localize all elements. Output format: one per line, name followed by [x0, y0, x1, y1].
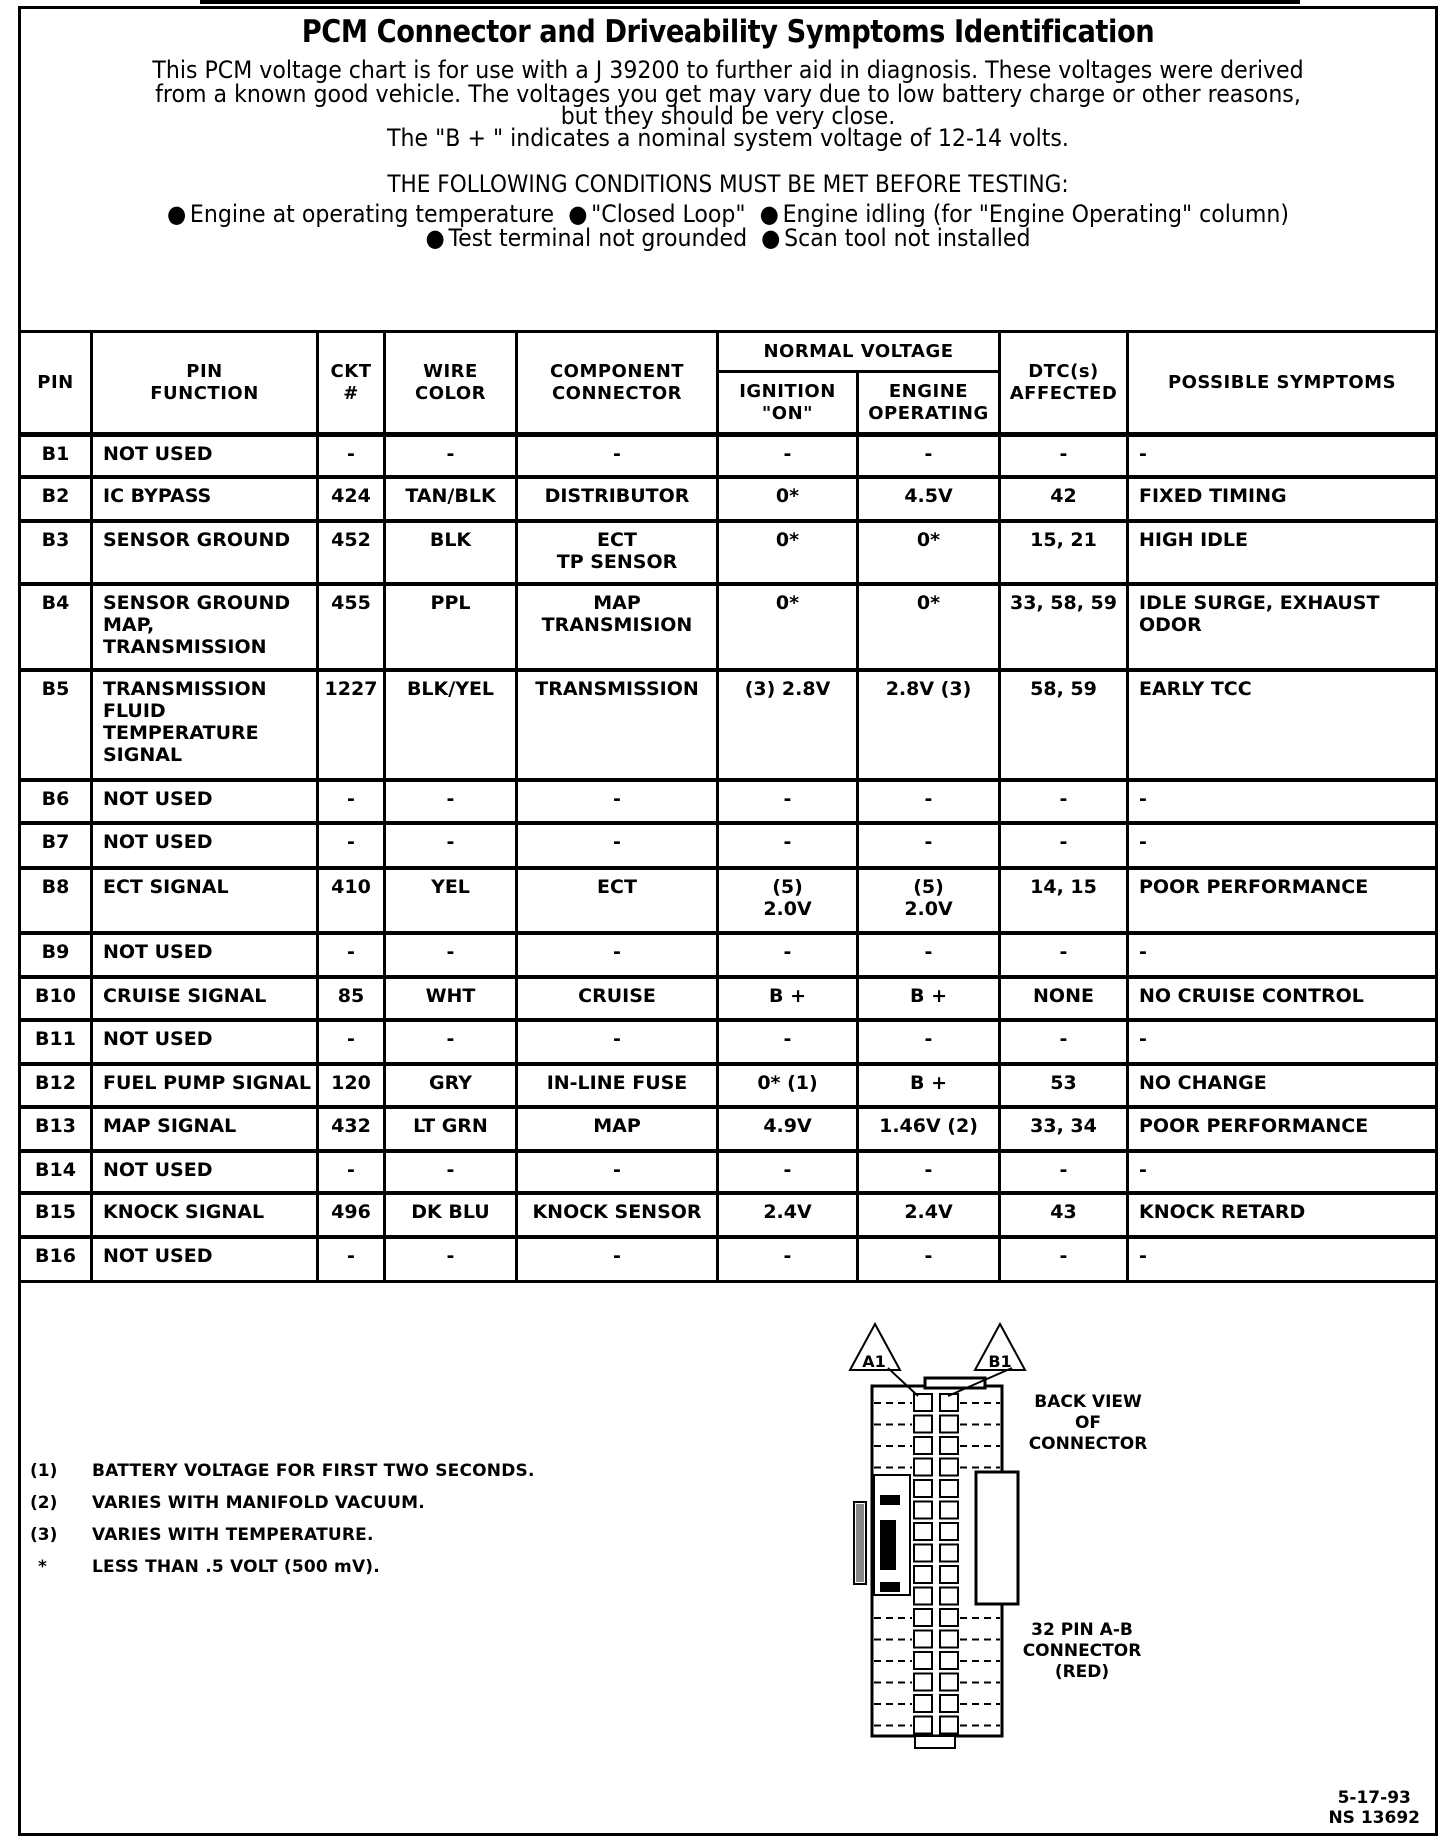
bullet-icon: ●: [760, 202, 779, 226]
cell-pin: B16: [21, 1245, 90, 1280]
cell-wire: YEL: [386, 876, 515, 931]
cell-dtc: -: [1001, 941, 1126, 975]
cell-function: IC BYPASS: [93, 485, 316, 519]
row-divider: [18, 582, 1438, 586]
connector-diagram: A1 B1 BACK VIEW OF CONNECTOR 32 PIN A-B …: [840, 1320, 1180, 1760]
row-divider: [18, 475, 1438, 479]
svg-text:B1: B1: [988, 1352, 1011, 1371]
condition-item: Scan tool not installed: [784, 224, 1030, 252]
cell-eng: -: [859, 1028, 998, 1062]
cell-wire: BLK: [386, 529, 515, 582]
footnote-text: VARIES WITH TEMPERATURE.: [92, 1525, 374, 1545]
cell-component: -: [518, 788, 716, 821]
cell-eng: -: [859, 788, 998, 821]
cell-wire: BLK/YEL: [386, 678, 515, 778]
cell-component: TRANSMISSION: [518, 678, 716, 778]
column-divider: [1435, 330, 1438, 1282]
row-divider: [18, 778, 1438, 782]
conditions-heading: THE FOLLOWING CONDITIONS MUST BE MET BEF…: [73, 170, 1383, 198]
cell-dtc: -: [1001, 1028, 1126, 1062]
cell-symptoms: IDLE SURGE, EXHAUST ODOR: [1129, 592, 1435, 668]
page-title: PCM Connector and Driveability Symptoms …: [87, 14, 1368, 50]
cell-ckt: -: [319, 1245, 383, 1280]
cell-pin: B8: [21, 876, 90, 931]
header-normal-voltage: NORMAL VOLTAGE: [719, 333, 998, 370]
cell-pin: B15: [21, 1201, 90, 1235]
cell-dtc: -: [1001, 831, 1126, 866]
cell-ign: -: [719, 1159, 856, 1191]
cell-dtc: -: [1001, 443, 1126, 475]
svg-text:A1: A1: [862, 1352, 886, 1371]
cell-symptoms: -: [1129, 788, 1435, 821]
cell-function: NOT USED: [93, 831, 316, 866]
cell-component: IN-LINE FUSE: [518, 1072, 716, 1105]
cell-symptoms: -: [1129, 443, 1435, 475]
footnotes: (1) BATTERY VOLTAGE FOR FIRST TWO SECOND…: [28, 1455, 535, 1583]
conditions-list: ●Engine at operating temperature ●"Close…: [86, 202, 1370, 250]
cell-ckt: 120: [319, 1072, 383, 1105]
document-id: 5-17-93 NS 13692: [1328, 1788, 1420, 1828]
cell-component: -: [518, 831, 716, 866]
cell-symptoms: NO CHANGE: [1129, 1072, 1435, 1105]
cell-function: TRANSMISSION FLUID TEMPERATURE SIGNAL: [93, 678, 316, 778]
cell-pin: B14: [21, 1159, 90, 1191]
cell-pin: B3: [21, 529, 90, 582]
condition-item: Test terminal not grounded: [448, 224, 747, 252]
cell-component: -: [518, 941, 716, 975]
cell-symptoms: POOR PERFORMANCE: [1129, 1115, 1435, 1149]
cell-wire: -: [386, 941, 515, 975]
intro-text: This PCM voltage chart is for use with a…: [95, 58, 1361, 150]
cell-wire: -: [386, 1159, 515, 1191]
pin-voltage-table: PINPIN FUNCTIONCKT #WIRE COLORCOMPONENT …: [18, 330, 1438, 1282]
row-divider: [18, 1149, 1438, 1153]
footnote-text: VARIES WITH MANIFOLD VACUUM.: [92, 1493, 425, 1513]
cell-pin: B6: [21, 788, 90, 821]
cell-dtc: 53: [1001, 1072, 1126, 1105]
cell-eng: 0*: [859, 592, 998, 668]
cell-wire: -: [386, 1245, 515, 1280]
cell-function: NOT USED: [93, 941, 316, 975]
intro-line: The "B + " indicates a nominal system vo…: [95, 126, 1361, 150]
cell-eng: 0*: [859, 529, 998, 582]
footnote-mark: (1): [28, 1461, 92, 1481]
cell-symptoms: -: [1129, 831, 1435, 866]
cell-dtc: 15, 21: [1001, 529, 1126, 582]
document-number: NS 13692: [1328, 1808, 1420, 1828]
header-possible-symptoms: POSSIBLE SYMPTOMS: [1129, 333, 1435, 432]
cell-dtc: 33, 34: [1001, 1115, 1126, 1149]
cell-ckt: 85: [319, 985, 383, 1018]
cell-function: CRUISE SIGNAL: [93, 985, 316, 1018]
cell-pin: B7: [21, 831, 90, 866]
cell-wire: TAN/BLK: [386, 485, 515, 519]
cell-dtc: 42: [1001, 485, 1126, 519]
cell-dtc: 14, 15: [1001, 876, 1126, 931]
cell-pin: B10: [21, 985, 90, 1018]
cell-symptoms: KNOCK RETARD: [1129, 1201, 1435, 1235]
footnote-text: BATTERY VOLTAGE FOR FIRST TWO SECONDS.: [92, 1461, 535, 1481]
cell-function: NOT USED: [93, 1028, 316, 1062]
footnote-mark: *: [28, 1557, 92, 1577]
row-divider: [18, 1105, 1438, 1109]
cell-ckt: -: [319, 788, 383, 821]
cell-function: NOT USED: [93, 1159, 316, 1191]
cell-pin: B13: [21, 1115, 90, 1149]
cell-wire: DK BLU: [386, 1201, 515, 1235]
cell-ign: -: [719, 1245, 856, 1280]
cell-wire: -: [386, 831, 515, 866]
cell-function: NOT USED: [93, 1245, 316, 1280]
row-divider: [18, 668, 1438, 672]
cell-dtc: 58, 59: [1001, 678, 1126, 778]
cell-wire: LT GRN: [386, 1115, 515, 1149]
row-divider: [18, 519, 1438, 523]
top-edge-artifact: [200, 0, 1300, 4]
cell-pin: B1: [21, 443, 90, 475]
cell-pin: B12: [21, 1072, 90, 1105]
cell-ign: (3) 2.8V: [719, 678, 856, 778]
cell-ign: (5) 2.0V: [719, 876, 856, 931]
cell-pin: B5: [21, 678, 90, 778]
bullet-icon: ●: [425, 226, 444, 250]
cell-dtc: -: [1001, 788, 1126, 821]
cell-ign: 0*: [719, 592, 856, 668]
cell-component: -: [518, 443, 716, 475]
header-dtcs-affected: DTC(s) AFFECTED: [1001, 333, 1126, 432]
cell-symptoms: HIGH IDLE: [1129, 529, 1435, 582]
footnote: (1) BATTERY VOLTAGE FOR FIRST TWO SECOND…: [28, 1455, 535, 1487]
cell-ckt: -: [319, 831, 383, 866]
cell-ckt: 410: [319, 876, 383, 931]
cell-component: ECT: [518, 876, 716, 931]
cell-dtc: 33, 58, 59: [1001, 592, 1126, 668]
row-divider: [18, 821, 1438, 825]
header-pin-function: PIN FUNCTION: [93, 333, 316, 432]
cell-eng: B +: [859, 985, 998, 1018]
cell-wire: -: [386, 1028, 515, 1062]
bullet-icon: ●: [167, 202, 186, 226]
footnote: * LESS THAN .5 VOLT (500 mV).: [28, 1551, 535, 1583]
cell-symptoms: -: [1129, 941, 1435, 975]
row-divider: [18, 1018, 1438, 1022]
header-ignition-on: IGNITION "ON": [719, 373, 856, 432]
footnote: (2) VARIES WITH MANIFOLD VACUUM.: [28, 1487, 535, 1519]
header-engine-operating: ENGINE OPERATING: [859, 373, 998, 432]
cell-pin: B11: [21, 1028, 90, 1062]
row-divider: [18, 1235, 1438, 1239]
cell-eng: 4.5V: [859, 485, 998, 519]
cell-wire: -: [386, 443, 515, 475]
cell-ign: -: [719, 831, 856, 866]
cell-symptoms: -: [1129, 1028, 1435, 1062]
cell-ign: 0*: [719, 485, 856, 519]
cell-ckt: 496: [319, 1201, 383, 1235]
cell-symptoms: NO CRUISE CONTROL: [1129, 985, 1435, 1018]
cell-component: MAP: [518, 1115, 716, 1149]
cell-ign: -: [719, 1028, 856, 1062]
cell-eng: -: [859, 941, 998, 975]
cell-component: MAP TRANSMISION: [518, 592, 716, 668]
cell-eng: B +: [859, 1072, 998, 1105]
footnote-mark: (2): [28, 1493, 92, 1513]
cell-function: MAP SIGNAL: [93, 1115, 316, 1149]
cell-component: ECT TP SENSOR: [518, 529, 716, 582]
cell-symptoms: EARLY TCC: [1129, 678, 1435, 778]
cell-pin: B2: [21, 485, 90, 519]
cell-dtc: -: [1001, 1159, 1126, 1191]
cell-function: SENSOR GROUND MAP, TRANSMISSION: [93, 592, 316, 668]
header-ckt: CKT #: [319, 333, 383, 432]
header-divider: [18, 432, 1438, 437]
cell-wire: WHT: [386, 985, 515, 1018]
cell-component: DISTRIBUTOR: [518, 485, 716, 519]
cell-ign: -: [719, 788, 856, 821]
cell-dtc: 43: [1001, 1201, 1126, 1235]
cell-component: CRUISE: [518, 985, 716, 1018]
cell-eng: (5) 2.0V: [859, 876, 998, 931]
cell-function: ECT SIGNAL: [93, 876, 316, 931]
intro-line: This PCM voltage chart is for use with a…: [95, 58, 1361, 82]
cell-function: SENSOR GROUND: [93, 529, 316, 582]
cell-symptoms: -: [1129, 1159, 1435, 1191]
cell-ckt: 455: [319, 592, 383, 668]
cell-symptoms: FIXED TIMING: [1129, 485, 1435, 519]
row-divider: [18, 1280, 1438, 1283]
cell-wire: GRY: [386, 1072, 515, 1105]
cell-function: FUEL PUMP SIGNAL: [93, 1072, 316, 1105]
cell-component: -: [518, 1159, 716, 1191]
cell-ign: 0*: [719, 529, 856, 582]
footnote-mark: (3): [28, 1525, 92, 1545]
cell-eng: 1.46V (2): [859, 1115, 998, 1149]
row-divider: [18, 1191, 1438, 1195]
row-divider: [18, 866, 1438, 870]
row-divider: [18, 1062, 1438, 1066]
cell-ign: -: [719, 443, 856, 475]
cell-component: -: [518, 1245, 716, 1280]
cell-ckt: -: [319, 941, 383, 975]
cell-ign: 4.9V: [719, 1115, 856, 1149]
cell-ign: 2.4V: [719, 1201, 856, 1235]
back-view-label: BACK VIEW OF CONNECTOR: [1018, 1392, 1158, 1455]
cell-ckt: 424: [319, 485, 383, 519]
cell-ign: -: [719, 941, 856, 975]
cell-wire: -: [386, 788, 515, 821]
header-pin: PIN: [21, 333, 90, 432]
footnote-text: LESS THAN .5 VOLT (500 mV).: [92, 1557, 380, 1577]
header-component-connector: COMPONENT CONNECTOR: [518, 333, 716, 432]
cell-wire: PPL: [386, 592, 515, 668]
cell-component: -: [518, 1028, 716, 1062]
cell-symptoms: -: [1129, 1245, 1435, 1280]
cell-eng: -: [859, 443, 998, 475]
cell-eng: -: [859, 831, 998, 866]
cell-ign: 0* (1): [719, 1072, 856, 1105]
intro-line: but they should be very close.: [95, 106, 1361, 126]
cell-eng: -: [859, 1159, 998, 1191]
cell-dtc: -: [1001, 1245, 1126, 1280]
cell-function: KNOCK SIGNAL: [93, 1201, 316, 1235]
cell-pin: B4: [21, 592, 90, 668]
cell-ckt: 432: [319, 1115, 383, 1149]
cell-symptoms: POOR PERFORMANCE: [1129, 876, 1435, 931]
cell-component: KNOCK SENSOR: [518, 1201, 716, 1235]
bullet-icon: ●: [761, 226, 780, 250]
cell-function: NOT USED: [93, 788, 316, 821]
cell-ign: B +: [719, 985, 856, 1018]
cell-ckt: 452: [319, 529, 383, 582]
cell-ckt: -: [319, 1159, 383, 1191]
cell-dtc: NONE: [1001, 985, 1126, 1018]
cell-eng: 2.4V: [859, 1201, 998, 1235]
cell-pin: B9: [21, 941, 90, 975]
cell-ckt: 1227: [319, 678, 383, 778]
cell-eng: 2.8V (3): [859, 678, 998, 778]
footnote: (3) VARIES WITH TEMPERATURE.: [28, 1519, 535, 1551]
connector-drawing: A1 B1: [840, 1320, 1180, 1760]
cell-ckt: -: [319, 1028, 383, 1062]
document-date: 5-17-93: [1328, 1788, 1420, 1808]
bullet-icon: ●: [568, 202, 587, 226]
header-wire-color: WIRE COLOR: [386, 333, 515, 432]
connector-label: 32 PIN A-B CONNECTOR (RED): [1012, 1620, 1152, 1683]
cell-eng: -: [859, 1245, 998, 1280]
row-divider: [18, 931, 1438, 935]
row-divider: [18, 975, 1438, 979]
cell-function: NOT USED: [93, 443, 316, 475]
cell-ckt: -: [319, 443, 383, 475]
